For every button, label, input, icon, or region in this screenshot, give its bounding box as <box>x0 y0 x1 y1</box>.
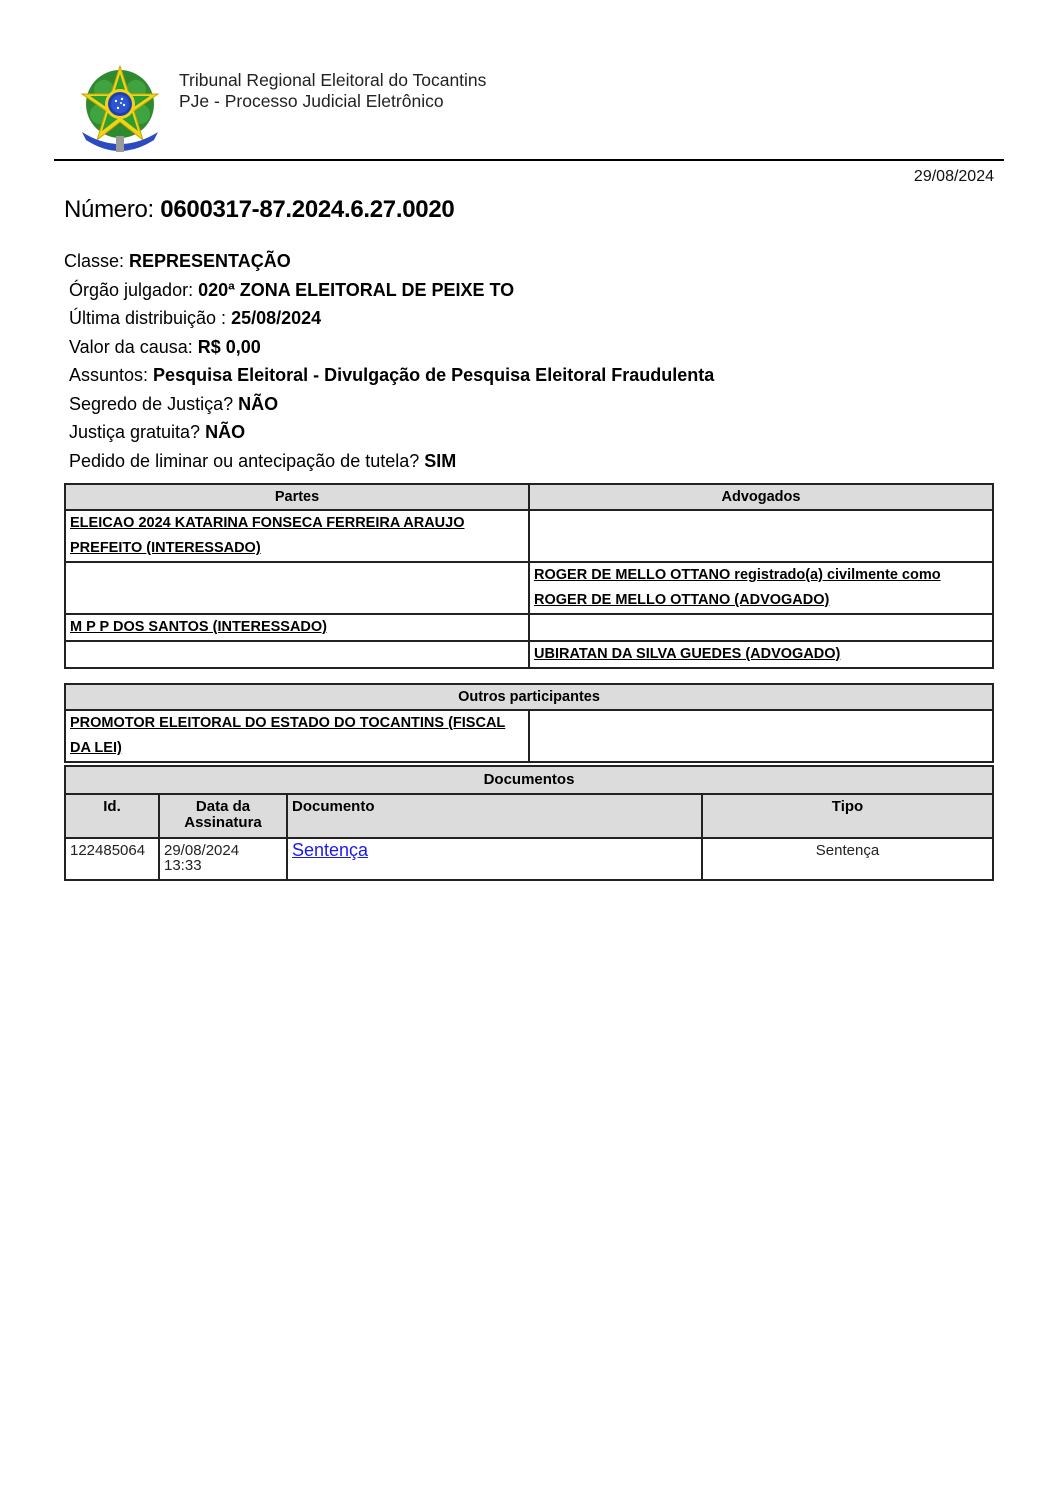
parte-cell: M P P DOS SANTOS (INTERESSADO) <box>65 614 529 641</box>
doc-type: Sentença <box>702 838 993 880</box>
system-name: PJe - Processo Judicial Eletrônico <box>179 91 486 112</box>
organization-name: Tribunal Regional Eleitoral do Tocantins… <box>179 70 486 112</box>
participante-cell: PROMOTOR ELEITORAL DO ESTADO DO TOCANTIN… <box>65 710 529 762</box>
field-valor-causa: Valor da causa: R$ 0,00 <box>64 335 714 364</box>
field-value: 25/08/2024 <box>231 308 321 328</box>
field-segredo-justica: Segredo de Justiça? NÃO <box>64 392 714 421</box>
field-ultima-distribuicao: Última distribuição : 25/08/2024 <box>64 306 714 335</box>
field-label: Classe: <box>64 251 129 271</box>
court-name: Tribunal Regional Eleitoral do Tocantins <box>179 70 486 91</box>
table-row: UBIRATAN DA SILVA GUEDES (ADVOGADO) <box>65 641 993 668</box>
parte-cell <box>65 562 529 614</box>
document-link[interactable]: Sentença <box>292 840 368 860</box>
advogado-cell: UBIRATAN DA SILVA GUEDES (ADVOGADO) <box>529 641 993 668</box>
column-header-documento: Documento <box>287 794 702 838</box>
field-justica-gratuita: Justiça gratuita? NÃO <box>64 420 714 449</box>
field-label: Justiça gratuita? <box>69 422 205 442</box>
parte-cell <box>65 641 529 668</box>
column-header-partes: Partes <box>65 484 529 510</box>
advogado-cell: ROGER DE MELLO OTTANO registrado(a) civi… <box>529 562 993 614</box>
table-row: PROMOTOR ELEITORAL DO ESTADO DO TOCANTIN… <box>65 710 993 762</box>
field-label: Última distribuição : <box>69 308 231 328</box>
process-number-label: Número: <box>64 196 160 223</box>
field-value: REPRESENTAÇÃO <box>129 251 291 271</box>
table-row: ROGER DE MELLO OTTANO registrado(a) civi… <box>65 562 993 614</box>
column-header-tipo: Tipo <box>702 794 993 838</box>
doc-date: 29/08/202413:33 <box>159 838 287 880</box>
field-label: Pedido de liminar ou antecipação de tute… <box>69 451 424 471</box>
table-row: 122485064 29/08/202413:33 Sentença Sente… <box>65 838 993 880</box>
field-value: NÃO <box>205 422 245 442</box>
field-label: Valor da causa: <box>69 337 198 357</box>
parte-name: M P P DOS SANTOS (INTERESSADO) <box>70 619 327 635</box>
table-row: M P P DOS SANTOS (INTERESSADO) <box>65 614 993 641</box>
document-header: Tribunal Regional Eleitoral do Tocantins… <box>0 0 1058 162</box>
empty-cell <box>529 710 993 762</box>
section-header-documentos: Documentos <box>65 766 993 794</box>
field-label: Órgão julgador: <box>69 280 198 300</box>
table-row: ELEICAO 2024 KATARINA FONSECA FERREIRA A… <box>65 510 993 562</box>
doc-date-day: 29/08/2024 <box>164 843 282 858</box>
header-divider <box>54 159 1004 161</box>
field-value: R$ 0,00 <box>198 337 261 357</box>
print-date: 29/08/2024 <box>914 168 994 186</box>
field-value: 020ª ZONA ELEITORAL DE PEIXE TO <box>198 280 514 300</box>
field-classe: Classe: REPRESENTAÇÃO <box>64 249 714 278</box>
advogado-name: UBIRATAN DA SILVA GUEDES (ADVOGADO) <box>534 646 840 662</box>
process-metadata: Classe: REPRESENTAÇÃO Órgão julgador: 02… <box>64 249 714 477</box>
field-value: NÃO <box>238 394 278 414</box>
outros-participantes-table: Outros participantes PROMOTOR ELEITORAL … <box>64 683 994 763</box>
doc-date-time: 13:33 <box>164 858 282 873</box>
field-label: Assuntos: <box>69 365 153 385</box>
section-header-outros: Outros participantes <box>65 684 993 710</box>
column-header-data: Data da Assinatura <box>159 794 287 838</box>
advogado-cell <box>529 614 993 641</box>
field-orgao-julgador: Órgão julgador: 020ª ZONA ELEITORAL DE P… <box>64 278 714 307</box>
field-label: Segredo de Justiça? <box>69 394 238 414</box>
parte-name: ELEICAO 2024 KATARINA FONSECA FERREIRA A… <box>70 515 465 556</box>
documentos-table: Documentos Id. Data da Assinatura Docume… <box>64 765 994 881</box>
partes-table: Partes Advogados ELEICAO 2024 KATARINA F… <box>64 483 994 669</box>
process-number-value: 0600317-87.2024.6.27.0020 <box>160 196 454 223</box>
doc-link-cell: Sentença <box>287 838 702 880</box>
field-pedido-liminar: Pedido de liminar ou antecipação de tute… <box>64 449 714 478</box>
field-value: Pesquisa Eleitoral - Divulgação de Pesqu… <box>153 365 714 385</box>
column-header-id: Id. <box>65 794 159 838</box>
process-number: Número: 0600317-87.2024.6.27.0020 <box>64 196 454 224</box>
participante-name: PROMOTOR ELEITORAL DO ESTADO DO TOCANTIN… <box>70 715 505 756</box>
field-value: SIM <box>424 451 456 471</box>
column-header-advogados: Advogados <box>529 484 993 510</box>
doc-id: 122485064 <box>65 838 159 880</box>
advogado-cell <box>529 510 993 562</box>
advogado-name: ROGER DE MELLO OTTANO registrado(a) civi… <box>534 567 941 608</box>
parte-cell: ELEICAO 2024 KATARINA FONSECA FERREIRA A… <box>65 510 529 562</box>
field-assuntos: Assuntos: Pesquisa Eleitoral - Divulgaçã… <box>64 363 714 392</box>
brazil-coat-of-arms-icon <box>74 60 166 156</box>
